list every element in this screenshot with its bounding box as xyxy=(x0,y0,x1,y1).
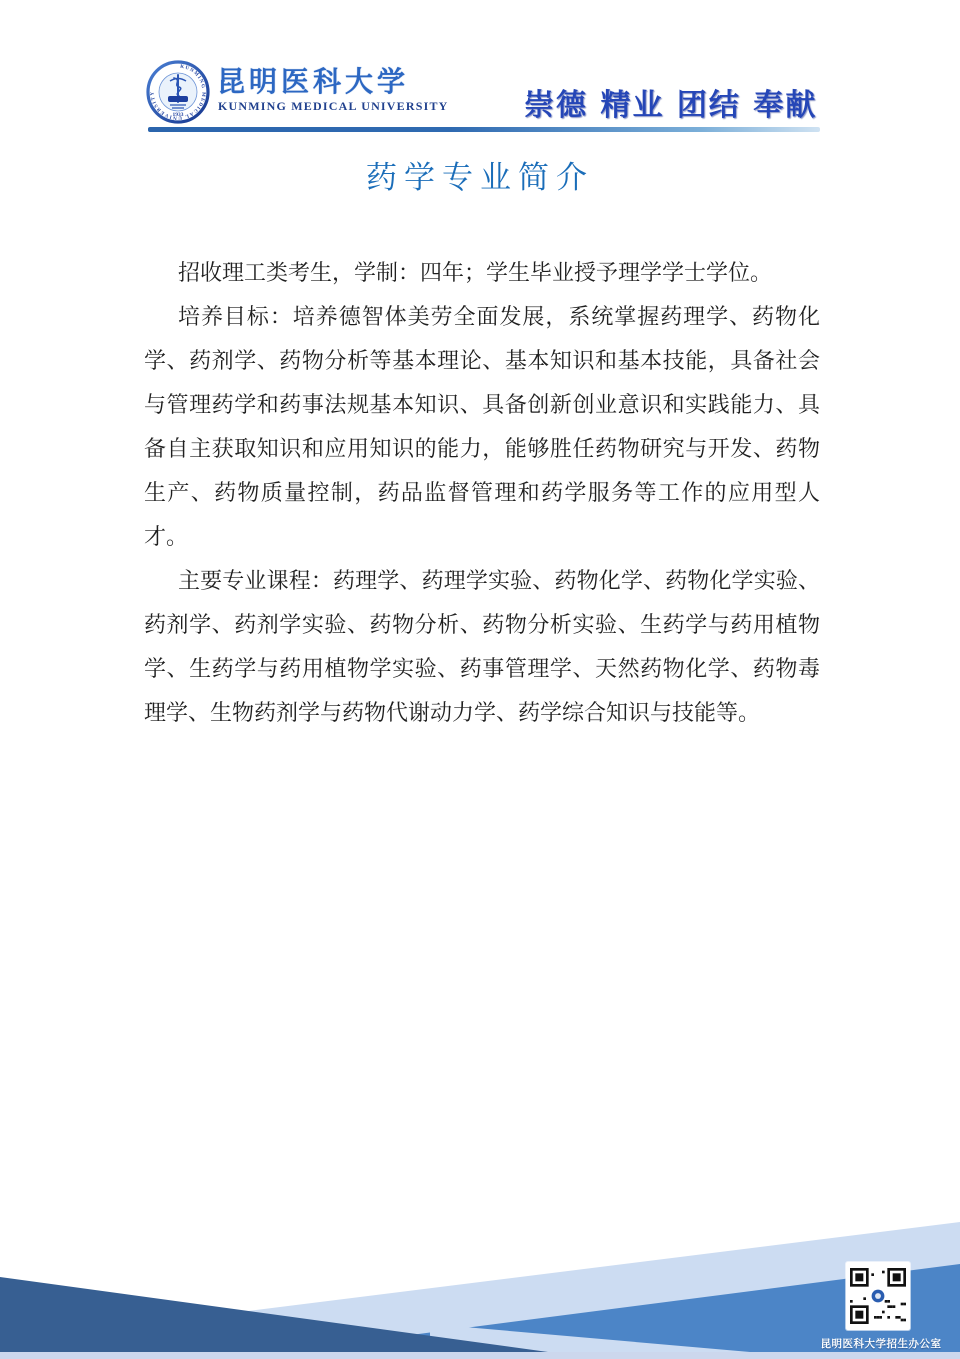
university-name-cn: 昆明医科大学 xyxy=(217,60,409,100)
main-content: 招收理工类考生，学制：四年；学生毕业授予理学学士学位。 培养目标：培养德智体美劳… xyxy=(144,251,820,735)
paragraph-training-objective: 培养目标：培养德智体美劳全面发展，系统掌握药理学、药物化学、药剂学、药物分析等基… xyxy=(144,295,820,559)
qr-caption: 昆明医科大学招生办公室 xyxy=(816,1336,946,1351)
footer-decoration xyxy=(0,1119,960,1359)
header-divider-line xyxy=(148,127,820,132)
footer-bottom-strip xyxy=(0,1352,960,1359)
page-title: 药学专业简介 xyxy=(0,152,960,197)
seal-year-text: 1933 xyxy=(173,112,184,118)
page-header: KUNMING MEDICAL UNIVERSITY 1933 昆明医科大学 K… xyxy=(0,0,960,140)
university-name-en: KUNMING MEDICAL UNIVERSITY xyxy=(218,99,449,114)
paragraph-main-courses: 主要专业课程：药理学、药理学实验、药物化学、药物化学实验、药剂学、药剂学实验、药… xyxy=(144,559,820,735)
university-motto: 崇德 精业 团结 奉献 xyxy=(524,80,824,124)
university-seal-icon: KUNMING MEDICAL UNIVERSITY 1933 xyxy=(146,60,210,124)
qr-code xyxy=(846,1262,910,1330)
document-page: KUNMING MEDICAL UNIVERSITY 1933 昆明医科大学 K… xyxy=(0,0,960,1359)
paragraph-admission: 招收理工类考生，学制：四年；学生毕业授予理学学士学位。 xyxy=(144,251,820,295)
qr-pattern-icon xyxy=(850,1268,906,1324)
